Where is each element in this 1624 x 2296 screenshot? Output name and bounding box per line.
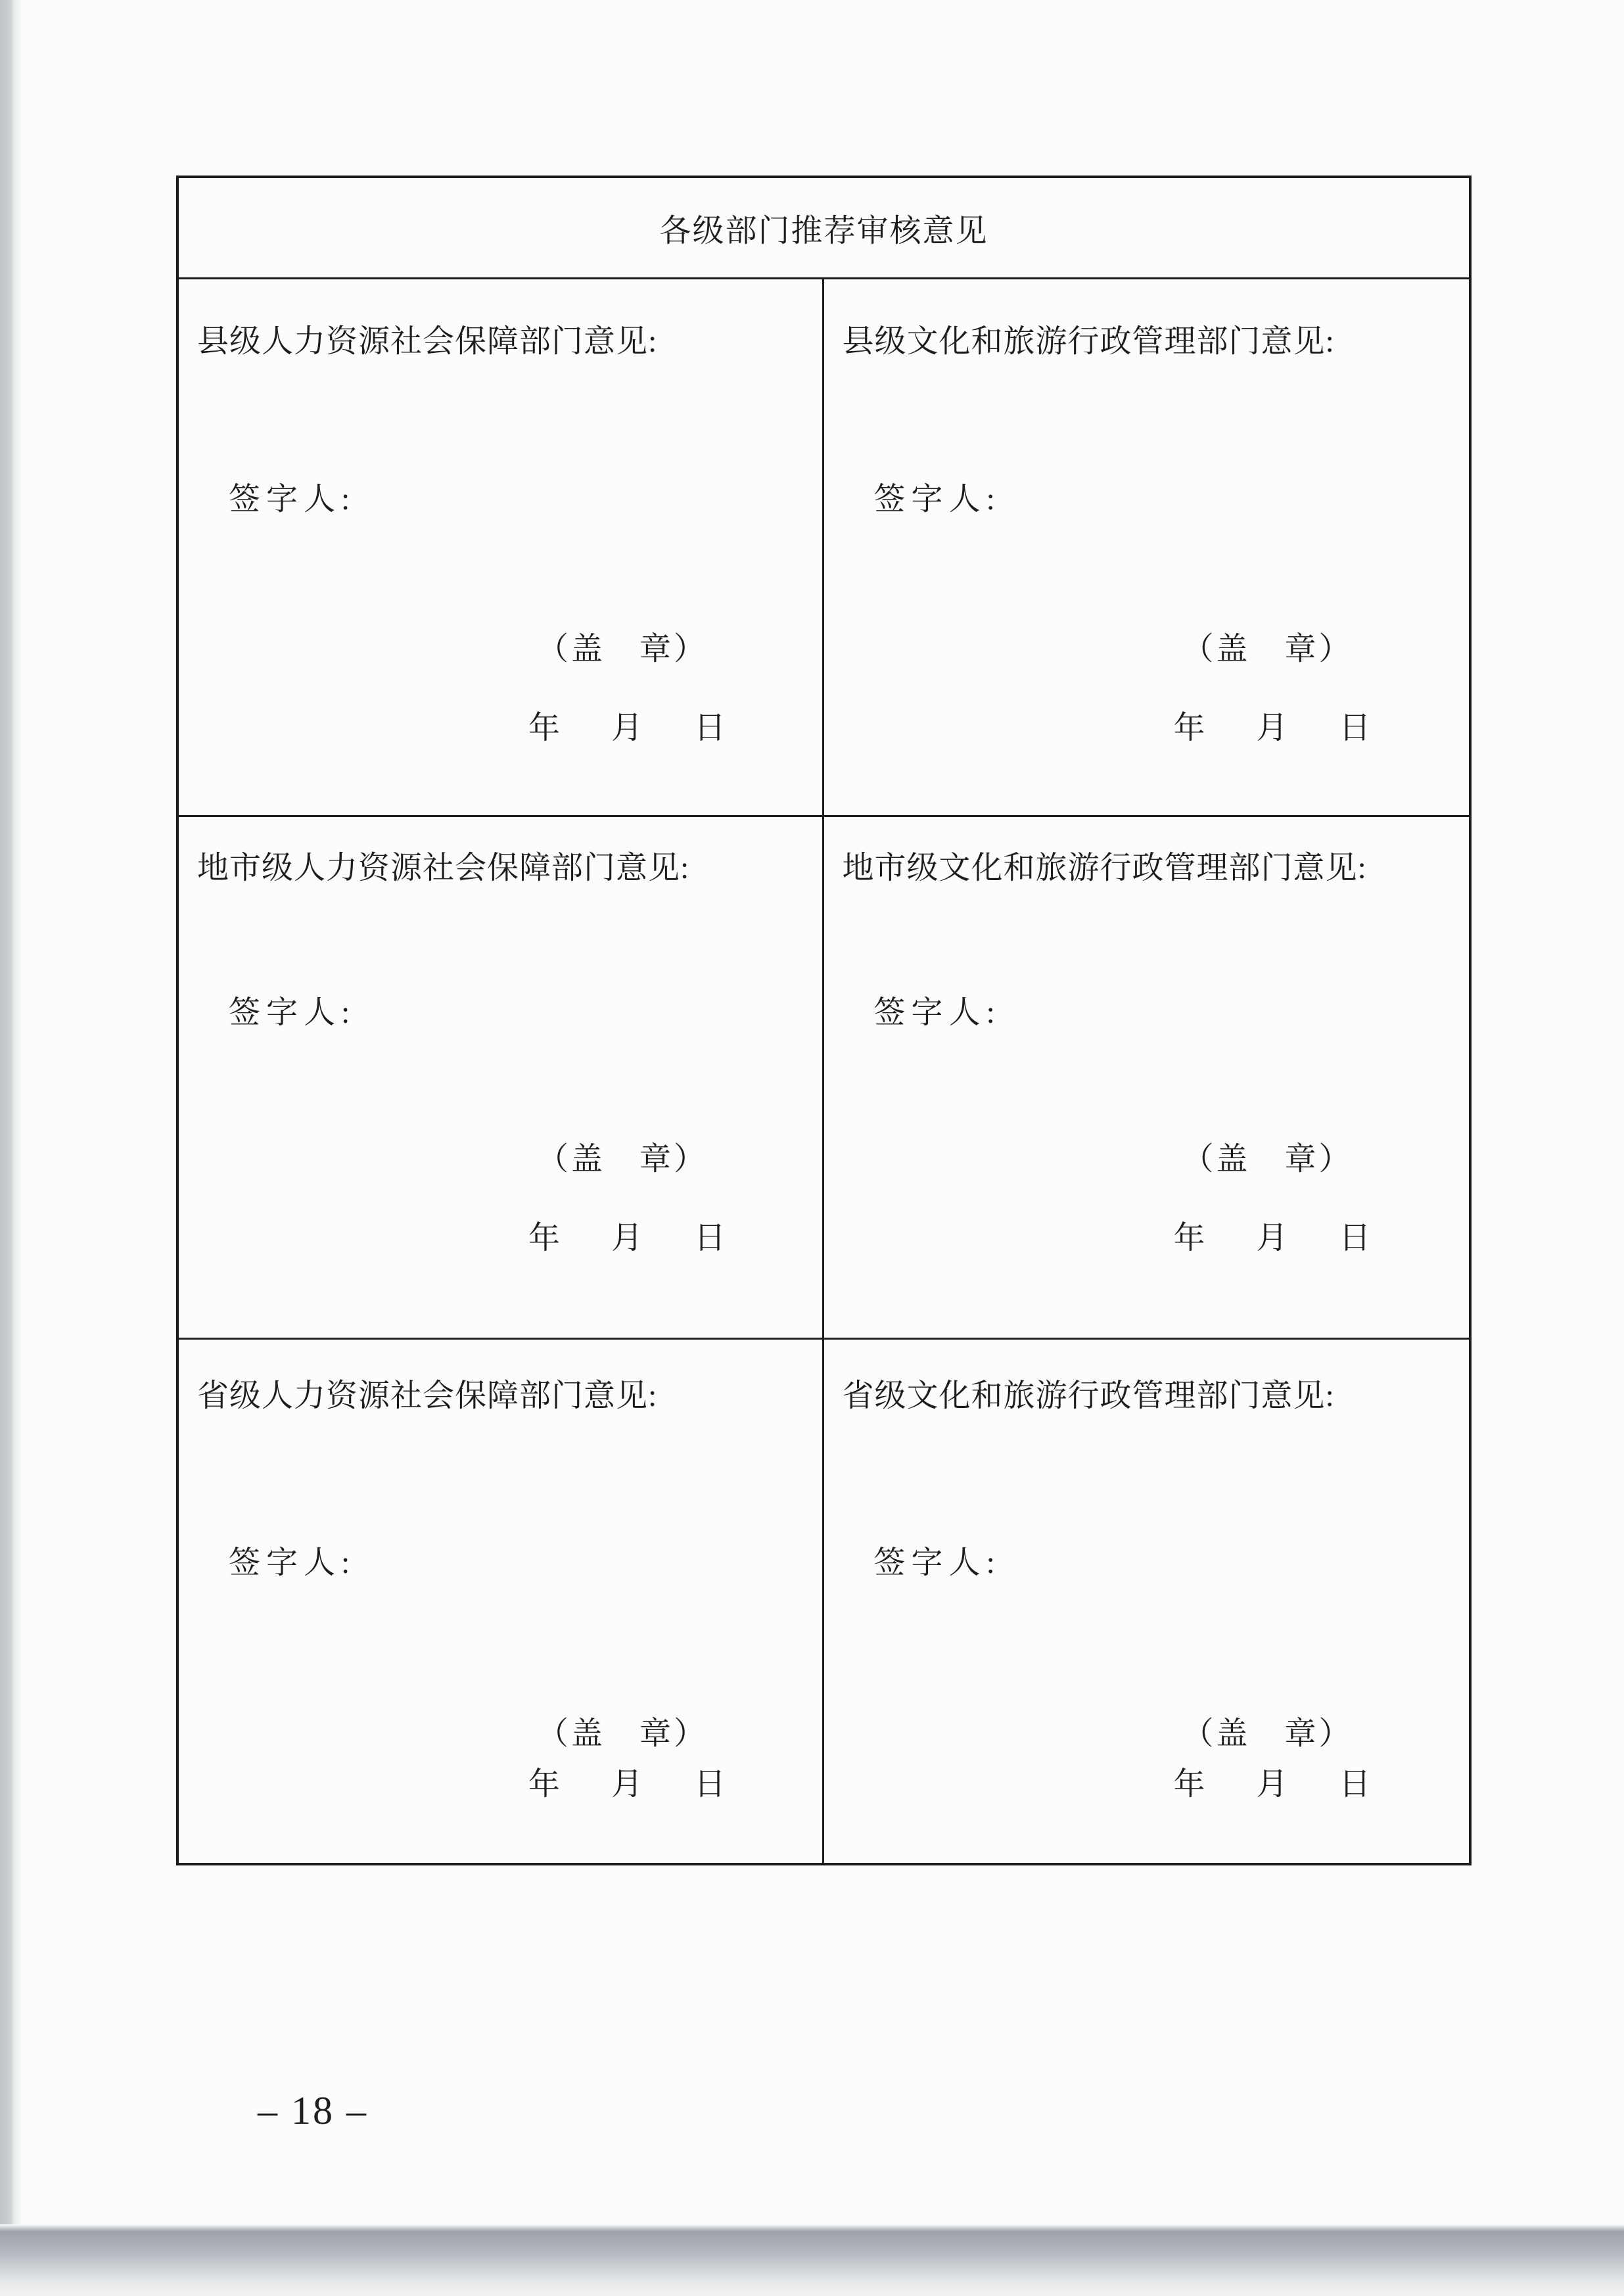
date-row: 年 月 日	[1174, 702, 1371, 747]
date-year-label: 年	[1174, 702, 1205, 747]
date-month-label: 月	[611, 1212, 643, 1257]
date-month-label: 月	[1256, 702, 1288, 747]
signer-label: 签字人:	[874, 1537, 1001, 1582]
seal-label: （盖 章）	[537, 1708, 708, 1753]
cell-county-culture-opinion: 县级文化和旅游行政管理部门意见: 签字人: （盖 章） 年 月 日	[824, 279, 1470, 815]
signer-label: 签字人:	[229, 473, 356, 519]
opinion-title: 省级人力资源社会保障部门意见:	[197, 1370, 657, 1415]
seal-label: （盖 章）	[1182, 1708, 1353, 1753]
opinion-title: 县级文化和旅游行政管理部门意见:	[843, 316, 1335, 361]
page-bottom-edge-shadow	[0, 2224, 1624, 2296]
date-year-label: 年	[528, 702, 560, 747]
cell-province-culture-opinion: 省级文化和旅游行政管理部门意见: 签字人: （盖 章） 年 月 日	[824, 1338, 1470, 1863]
cell-city-culture-opinion: 地市级文化和旅游行政管理部门意见: 签字人: （盖 章） 年 月 日	[824, 815, 1470, 1338]
date-year-label: 年	[1174, 1758, 1205, 1804]
cell-city-hr-opinion: 地市级人力资源社会保障部门意见: 签字人: （盖 章） 年 月 日	[179, 815, 824, 1338]
signer-label: 签字人:	[874, 473, 1001, 519]
opinion-title: 地市级文化和旅游行政管理部门意见:	[843, 842, 1367, 887]
cell-province-hr-opinion: 省级人力资源社会保障部门意见: 签字人: （盖 章） 年 月 日	[179, 1338, 824, 1863]
opinion-title: 县级人力资源社会保障部门意见:	[197, 316, 657, 361]
table-body: 县级人力资源社会保障部门意见: 签字人: （盖 章） 年 月 日 县级文化和旅游…	[179, 279, 1469, 1863]
seal-label: （盖 章）	[1182, 1133, 1353, 1179]
date-day-label: 日	[1339, 1212, 1370, 1257]
seal-label: （盖 章）	[537, 1133, 708, 1179]
recommendation-review-form-table: 各级部门推荐审核意见 县级人力资源社会保障部门意见: 签字人: （盖 章） 年 …	[176, 176, 1472, 1865]
date-row: 年 月 日	[528, 702, 726, 747]
date-row: 年 月 日	[528, 1212, 726, 1257]
opinion-title: 省级文化和旅游行政管理部门意见:	[843, 1370, 1335, 1415]
date-day-label: 日	[1339, 702, 1370, 747]
signer-label: 签字人:	[874, 987, 1001, 1032]
date-year-label: 年	[1174, 1212, 1205, 1257]
cell-county-hr-opinion: 县级人力资源社会保障部门意见: 签字人: （盖 章） 年 月 日	[179, 279, 824, 815]
date-month-label: 月	[1256, 1758, 1288, 1804]
date-month-label: 月	[1256, 1212, 1288, 1257]
date-day-label: 日	[694, 702, 726, 747]
date-year-label: 年	[528, 1758, 560, 1804]
date-month-label: 月	[611, 1758, 643, 1804]
date-day-label: 日	[694, 1758, 726, 1804]
date-row: 年 月 日	[528, 1758, 726, 1804]
opinion-title: 地市级人力资源社会保障部门意见:	[197, 842, 689, 887]
page-left-edge-shadow	[0, 0, 22, 2228]
signer-label: 签字人:	[229, 1537, 356, 1582]
page-number: – 18 –	[258, 2088, 368, 2134]
date-day-label: 日	[694, 1212, 726, 1257]
seal-label: （盖 章）	[537, 623, 708, 668]
scanned-document-page: 各级部门推荐审核意见 县级人力资源社会保障部门意见: 签字人: （盖 章） 年 …	[0, 0, 1624, 2296]
table-header-title: 各级部门推荐审核意见	[659, 205, 988, 250]
date-day-label: 日	[1339, 1758, 1370, 1804]
date-row: 年 月 日	[1174, 1758, 1371, 1804]
date-month-label: 月	[611, 702, 643, 747]
date-row: 年 月 日	[1174, 1212, 1371, 1257]
seal-label: （盖 章）	[1182, 623, 1353, 668]
date-year-label: 年	[528, 1212, 560, 1257]
table-header-cell: 各级部门推荐审核意见	[179, 178, 1469, 279]
signer-label: 签字人:	[229, 987, 356, 1032]
